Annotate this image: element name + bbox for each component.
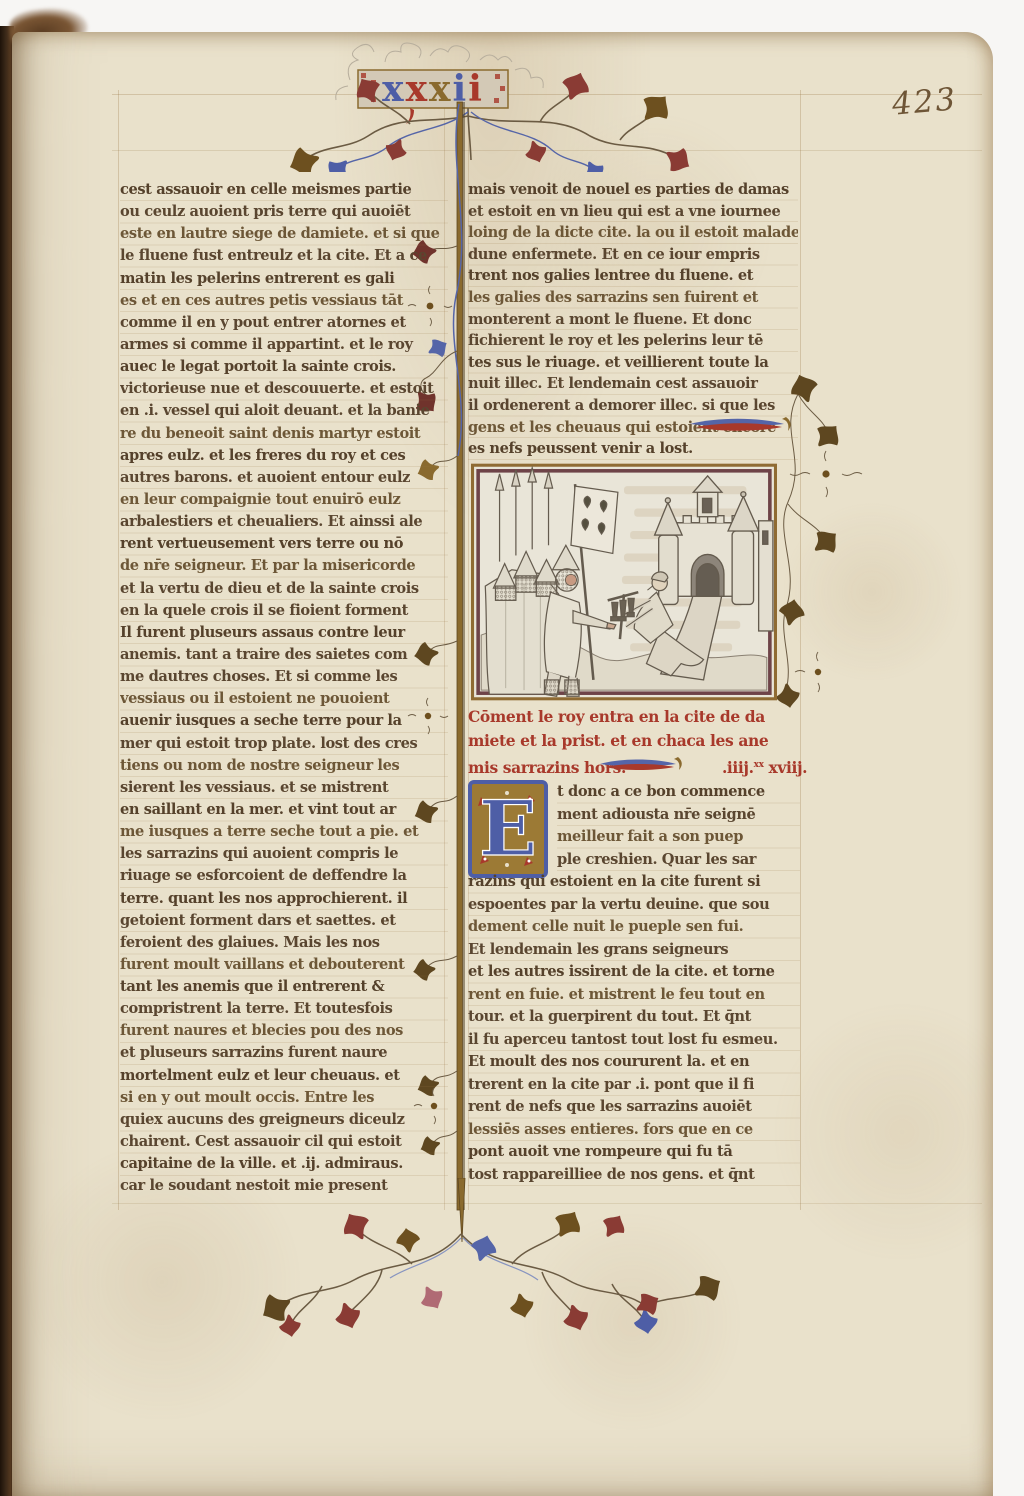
text-line: autres barons. et auoient entour eulz [120, 467, 448, 489]
gold-stem-taper [458, 1178, 465, 1242]
text-line: tost rappareilliee de nos gens. et q̄nt [468, 1164, 800, 1187]
right-turret [732, 531, 753, 604]
ruling-line [118, 90, 119, 1210]
text-line: auenir iusques a seche terre pour la [120, 710, 448, 732]
text-line: si en y out moult occis. Entre les [120, 1087, 448, 1109]
initial-letter: E [479, 784, 537, 873]
text-line: arbalestiers et cheualiers. Et ainssi al… [120, 511, 448, 533]
text-line: mer qui estoit trop plate. lost des cres [120, 733, 448, 755]
text-line: et estoit en vn lieu qui est a vne iourn… [468, 201, 798, 223]
text-line: loing de la dicte cite. la ou il estoit … [468, 222, 798, 244]
text-line: me dautres choses. Et si comme les [120, 666, 448, 688]
text-line: dune enfermete. Et en ce iour empris [468, 244, 798, 266]
chapter-numeral-band: xxxii [358, 68, 508, 124]
ruling-line [800, 90, 801, 1210]
miniature-illustration [471, 463, 777, 701]
text-line: fichierent le roy et les pelerins leur t… [468, 330, 798, 352]
text-line: ment adiousta nr̄e seignē [557, 804, 800, 827]
text-line: re du beneoit saint denis martyr estoit [120, 423, 448, 445]
text-line: armes si comme il appartint. et le roy [120, 334, 448, 356]
knight-face [565, 574, 576, 585]
text-line: rent vertueusement vers terre ou nō [120, 533, 448, 555]
text-line: les galies des sarrazins sen fuirent et [468, 287, 798, 309]
text-line: pont auoit vne rompeure qui fu tā [468, 1141, 800, 1164]
text-line: et les autres issirent de la cite. et to… [468, 961, 800, 984]
text-line: gens et les cheuaus qui estoient encore [468, 417, 798, 439]
text-line: victorieuse nue et descouuerte. et estoi… [120, 378, 448, 400]
text-line: de nr̄e seigneur. Et par la misericorde [120, 555, 448, 577]
surcoat [544, 592, 581, 680]
text-line: il ordenerent a demorer illec. si que le… [468, 395, 798, 417]
text-line: matin les pelerins entrerent es gali [120, 268, 448, 290]
text-line: en la quele crois il se fioient forment [120, 600, 448, 622]
text-line: comme il en y pout entrer atornes et [120, 312, 448, 334]
text-line: il fu aperceu tantost tout lost fu esmeu… [468, 1029, 800, 1052]
text-line: chairent. Cest assauoir cil qui estoit [120, 1131, 448, 1153]
right-text-column-top: mais venoit de nouel es parties de damas… [468, 179, 798, 460]
text-line: me iusques a terre seche tout a pie. et [120, 821, 448, 843]
text-line: le fluene fust entreulz et la cite. Et a… [120, 245, 448, 267]
text-line: es nefs peussent venir a lost. [468, 438, 798, 460]
text-line: tant les anemis que il entrerent & [120, 976, 448, 998]
text-line: lessiēs asses entieres. fors que en ce [468, 1119, 800, 1142]
spray-vines [278, 1228, 706, 1322]
text-line: les sarrazins qui auoient compris le [120, 843, 448, 865]
spray-leaves [262, 1205, 727, 1338]
ruling-line [112, 150, 982, 151]
chapter-indented-lines: t donc a ce bon commencement adiousta nr… [557, 781, 800, 871]
text-line: mortelment eulz et leur cheuaus. et [120, 1065, 448, 1087]
text-line: ou ceulz auoient pris terre qui auoiēt [120, 201, 448, 223]
text-line: tiens ou nom de nostre seigneur les [120, 755, 448, 777]
text-line: cest assauoir en celle meismes partie [120, 179, 448, 201]
text-line: sierent les vessiaus. et se mistrent [120, 777, 448, 799]
ruling-line [112, 94, 982, 95]
penwork-flourish [336, 43, 544, 100]
bottom-foliate-spray [262, 1178, 742, 1338]
text-line: espoentes par la vertu deuine. que sou [468, 894, 800, 917]
text-line: dement celle nuit le pueple sen fui. [468, 916, 800, 939]
text-line: riuage se esforcoient de deffendre la [120, 865, 448, 887]
text-line: car le soudant nestoit mie present [120, 1175, 448, 1197]
ivy-leaves [290, 68, 696, 172]
text-line: anemis. tant a traire des saietes com [120, 644, 448, 666]
chapter-number: .iiij.xx xviij. [722, 758, 807, 777]
ivy-vine-blue [338, 112, 594, 170]
text-line: tes sus le riuage. et veillierent toute … [468, 352, 798, 374]
text-line: apres eulz. et les freres du roy et ces [120, 445, 448, 467]
tassel [406, 108, 414, 124]
text-line: auec le legat portoit la sainte crois. [120, 356, 448, 378]
manuscript-page: 423 xxxii [12, 32, 993, 1496]
rubric-last-line: mis sarrazins hors..iiij.xx xviij. [468, 753, 798, 777]
text-line: tour. et la guerpirent du tout. Et q̄nt [468, 1006, 800, 1029]
text-line: et pluseurs sarrazins furent naure [120, 1042, 448, 1064]
chapter-full-lines: razins qui estoient en la cite furent si… [468, 871, 800, 1186]
rubric-line: Cōment le roy entra en la cite de da [468, 705, 798, 729]
text-line: monterent a mont le fluene. Et donc [468, 309, 798, 331]
text-line: este en lautre siege de damiete. et si q… [120, 223, 448, 245]
text-line: meilleur fait a son puep [557, 826, 800, 849]
text-line: furent moult vaillans et debouterent [120, 954, 448, 976]
text-line: getoient forment dars et saettes. et [120, 910, 448, 932]
text-line: furent naures et blecies pou des nos [120, 1020, 448, 1042]
ruling-line [112, 1203, 982, 1204]
rubric-line: miete et la prist. et en chaca les ane [468, 729, 798, 753]
text-line: rent en fuie. et mistrent le feu tout en [468, 984, 800, 1007]
text-line: trerent en la cite par .i. pont que il f… [468, 1074, 800, 1097]
text-line: en saillant en la mer. et vint tout ar [120, 799, 448, 821]
text-line: Il furent pluseurs assaus contre leur [120, 622, 448, 644]
text-line: vessiaus ou il estoient ne pouoient [120, 688, 448, 710]
text-line: es et en ces autres petis vessiaus tāt [120, 290, 448, 312]
text-line: et la vertu de dieu et de la sainte croi… [120, 578, 448, 600]
rubric-text: mis sarrazins hors. [468, 758, 626, 777]
text-line: compristrent la terre. Et toutesfois [120, 998, 448, 1020]
chapter-ornament: xxxii [290, 40, 720, 172]
text-line: t donc a ce bon commence [557, 781, 800, 804]
blue-vine [453, 104, 461, 456]
text-line: quiex aucuns des greigneurs diceulz [120, 1109, 448, 1131]
rubric: Cōment le roy entra en la cite de da mie… [468, 705, 798, 754]
text-line: terre. quant les nos approchierent. il [120, 888, 448, 910]
illuminated-initial: E [467, 779, 549, 879]
text-line: Et lendemain les grans seigneurs [468, 939, 800, 962]
text-line: Et moult des nos coururent la. et en [468, 1051, 800, 1074]
gold-bar [457, 102, 463, 1210]
text-line: en leur compaignie tout enuirō eulz [120, 489, 448, 511]
text-line: nuit illec. Et lendemain cest assauoir [468, 373, 798, 395]
text-line: trent nos galies lentree du fluene. et [468, 265, 798, 287]
text-line: rent de nefs que les sarrazins auoiēt [468, 1096, 800, 1119]
text-line: mais venoit de nouel es parties de damas [468, 179, 798, 201]
text-line: feroient des glaiues. Mais les nos [120, 932, 448, 954]
text-line: en .i. vessel qui aloit deuant. et la ba… [120, 400, 448, 422]
text-line: capitaine de la ville. et .ij. admiraus. [120, 1153, 448, 1175]
text-line: ple creshien. Quar les sar [557, 849, 800, 872]
text-line: razins qui estoient en la cite furent si [468, 871, 800, 894]
left-turret [659, 535, 678, 604]
left-text-column: cest assauoir en celle meismes partieou … [120, 179, 448, 1197]
folio-number: 423 [891, 81, 959, 123]
